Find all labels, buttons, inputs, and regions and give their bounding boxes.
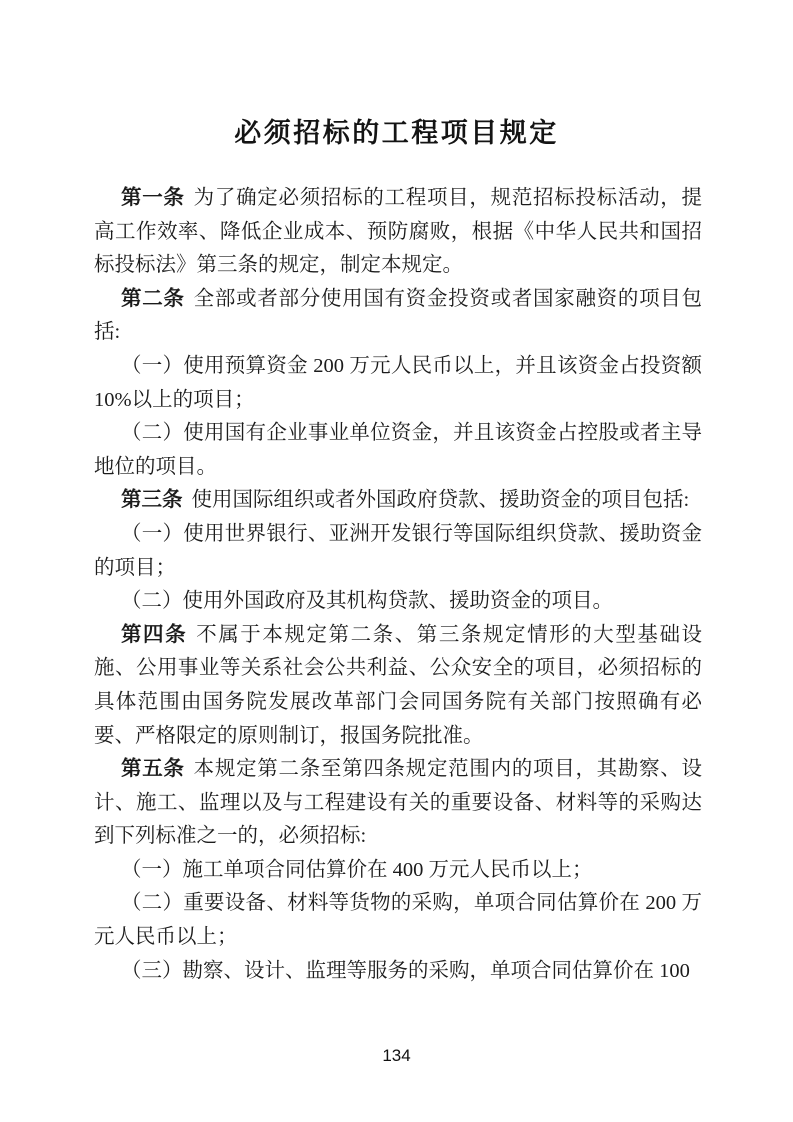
clause-paragraph: 第一条为了确定必须招标的工程项目，规范招标投标活动，提高工作效率、降低企业成本、…: [94, 182, 702, 283]
clause-text: （二）使用外国政府及其机构贷款、援助资金的项目。: [121, 590, 613, 612]
clause-text: （一）施工单项合同估算价在 400 万元人民币以上；: [121, 859, 593, 881]
clause-label: 第五条: [121, 758, 185, 780]
clause-paragraph: 第三条使用国际组织或者外国政府贷款、援助资金的项目包括:: [94, 484, 702, 518]
clause-paragraph: （二）使用外国政府及其机构贷款、援助资金的项目。: [94, 585, 702, 619]
page-number: 134: [0, 1047, 793, 1064]
clause-text: 本规定第二条至第四条规定范围内的项目，其勘察、设计、施工、监理以及与工程建设有关…: [94, 758, 702, 847]
clause-text: （一）使用预算资金 200 万元人民币以上，并且该资金占投资额10%以上的项目；: [94, 355, 702, 411]
clause-paragraph: （二）重要设备、材料等货物的采购，单项合同估算价在 200 万元人民币以上；: [94, 887, 702, 954]
clause-paragraph: （一）使用预算资金 200 万元人民币以上，并且该资金占投资额10%以上的项目；: [94, 350, 702, 417]
clause-paragraph: 第四条不属于本规定第二条、第三条规定情形的大型基础设施、公用事业等关系社会公共利…: [94, 619, 702, 753]
clause-label: 第四条: [121, 624, 187, 646]
document-page: 必须招标的工程项目规定 第一条为了确定必须招标的工程项目，规范招标投标活动，提高…: [0, 0, 793, 1122]
document-body: 第一条为了确定必须招标的工程项目，规范招标投标活动，提高工作效率、降低企业成本、…: [94, 182, 702, 988]
clause-paragraph: 第二条全部或者部分使用国有资金投资或者国家融资的项目包括:: [94, 283, 702, 350]
clause-label: 第一条: [121, 187, 185, 209]
document-title: 必须招标的工程项目规定: [0, 118, 793, 148]
clause-label: 第二条: [121, 288, 185, 310]
clause-text: （三）勘察、设计、监理等服务的采购，单项合同估算价在 100: [121, 960, 690, 982]
clause-paragraph: （二）使用国有企业事业单位资金，并且该资金占控股或者主导地位的项目。: [94, 417, 702, 484]
clause-text: 为了确定必须招标的工程项目，规范招标投标活动，提高工作效率、降低企业成本、预防腐…: [94, 187, 702, 276]
clause-text: （二）使用国有企业事业单位资金，并且该资金占控股或者主导地位的项目。: [94, 422, 702, 478]
clause-paragraph: （一）施工单项合同估算价在 400 万元人民币以上；: [94, 854, 702, 888]
clause-text: 使用国际组织或者外国政府贷款、援助资金的项目包括:: [192, 489, 690, 511]
clause-paragraph: （三）勘察、设计、监理等服务的采购，单项合同估算价在 100: [94, 955, 702, 989]
clause-label: 第三条: [121, 489, 183, 511]
clause-paragraph: 第五条本规定第二条至第四条规定范围内的项目，其勘察、设计、施工、监理以及与工程建…: [94, 753, 702, 854]
clause-text: （一）使用世界银行、亚洲开发银行等国际组织贷款、援助资金的项目；: [94, 523, 702, 579]
clause-paragraph: （一）使用世界银行、亚洲开发银行等国际组织贷款、援助资金的项目；: [94, 518, 702, 585]
clause-text: 全部或者部分使用国有资金投资或者国家融资的项目包括:: [94, 288, 702, 344]
clause-text: （二）重要设备、材料等货物的采购，单项合同估算价在 200 万元人民币以上；: [94, 892, 702, 948]
